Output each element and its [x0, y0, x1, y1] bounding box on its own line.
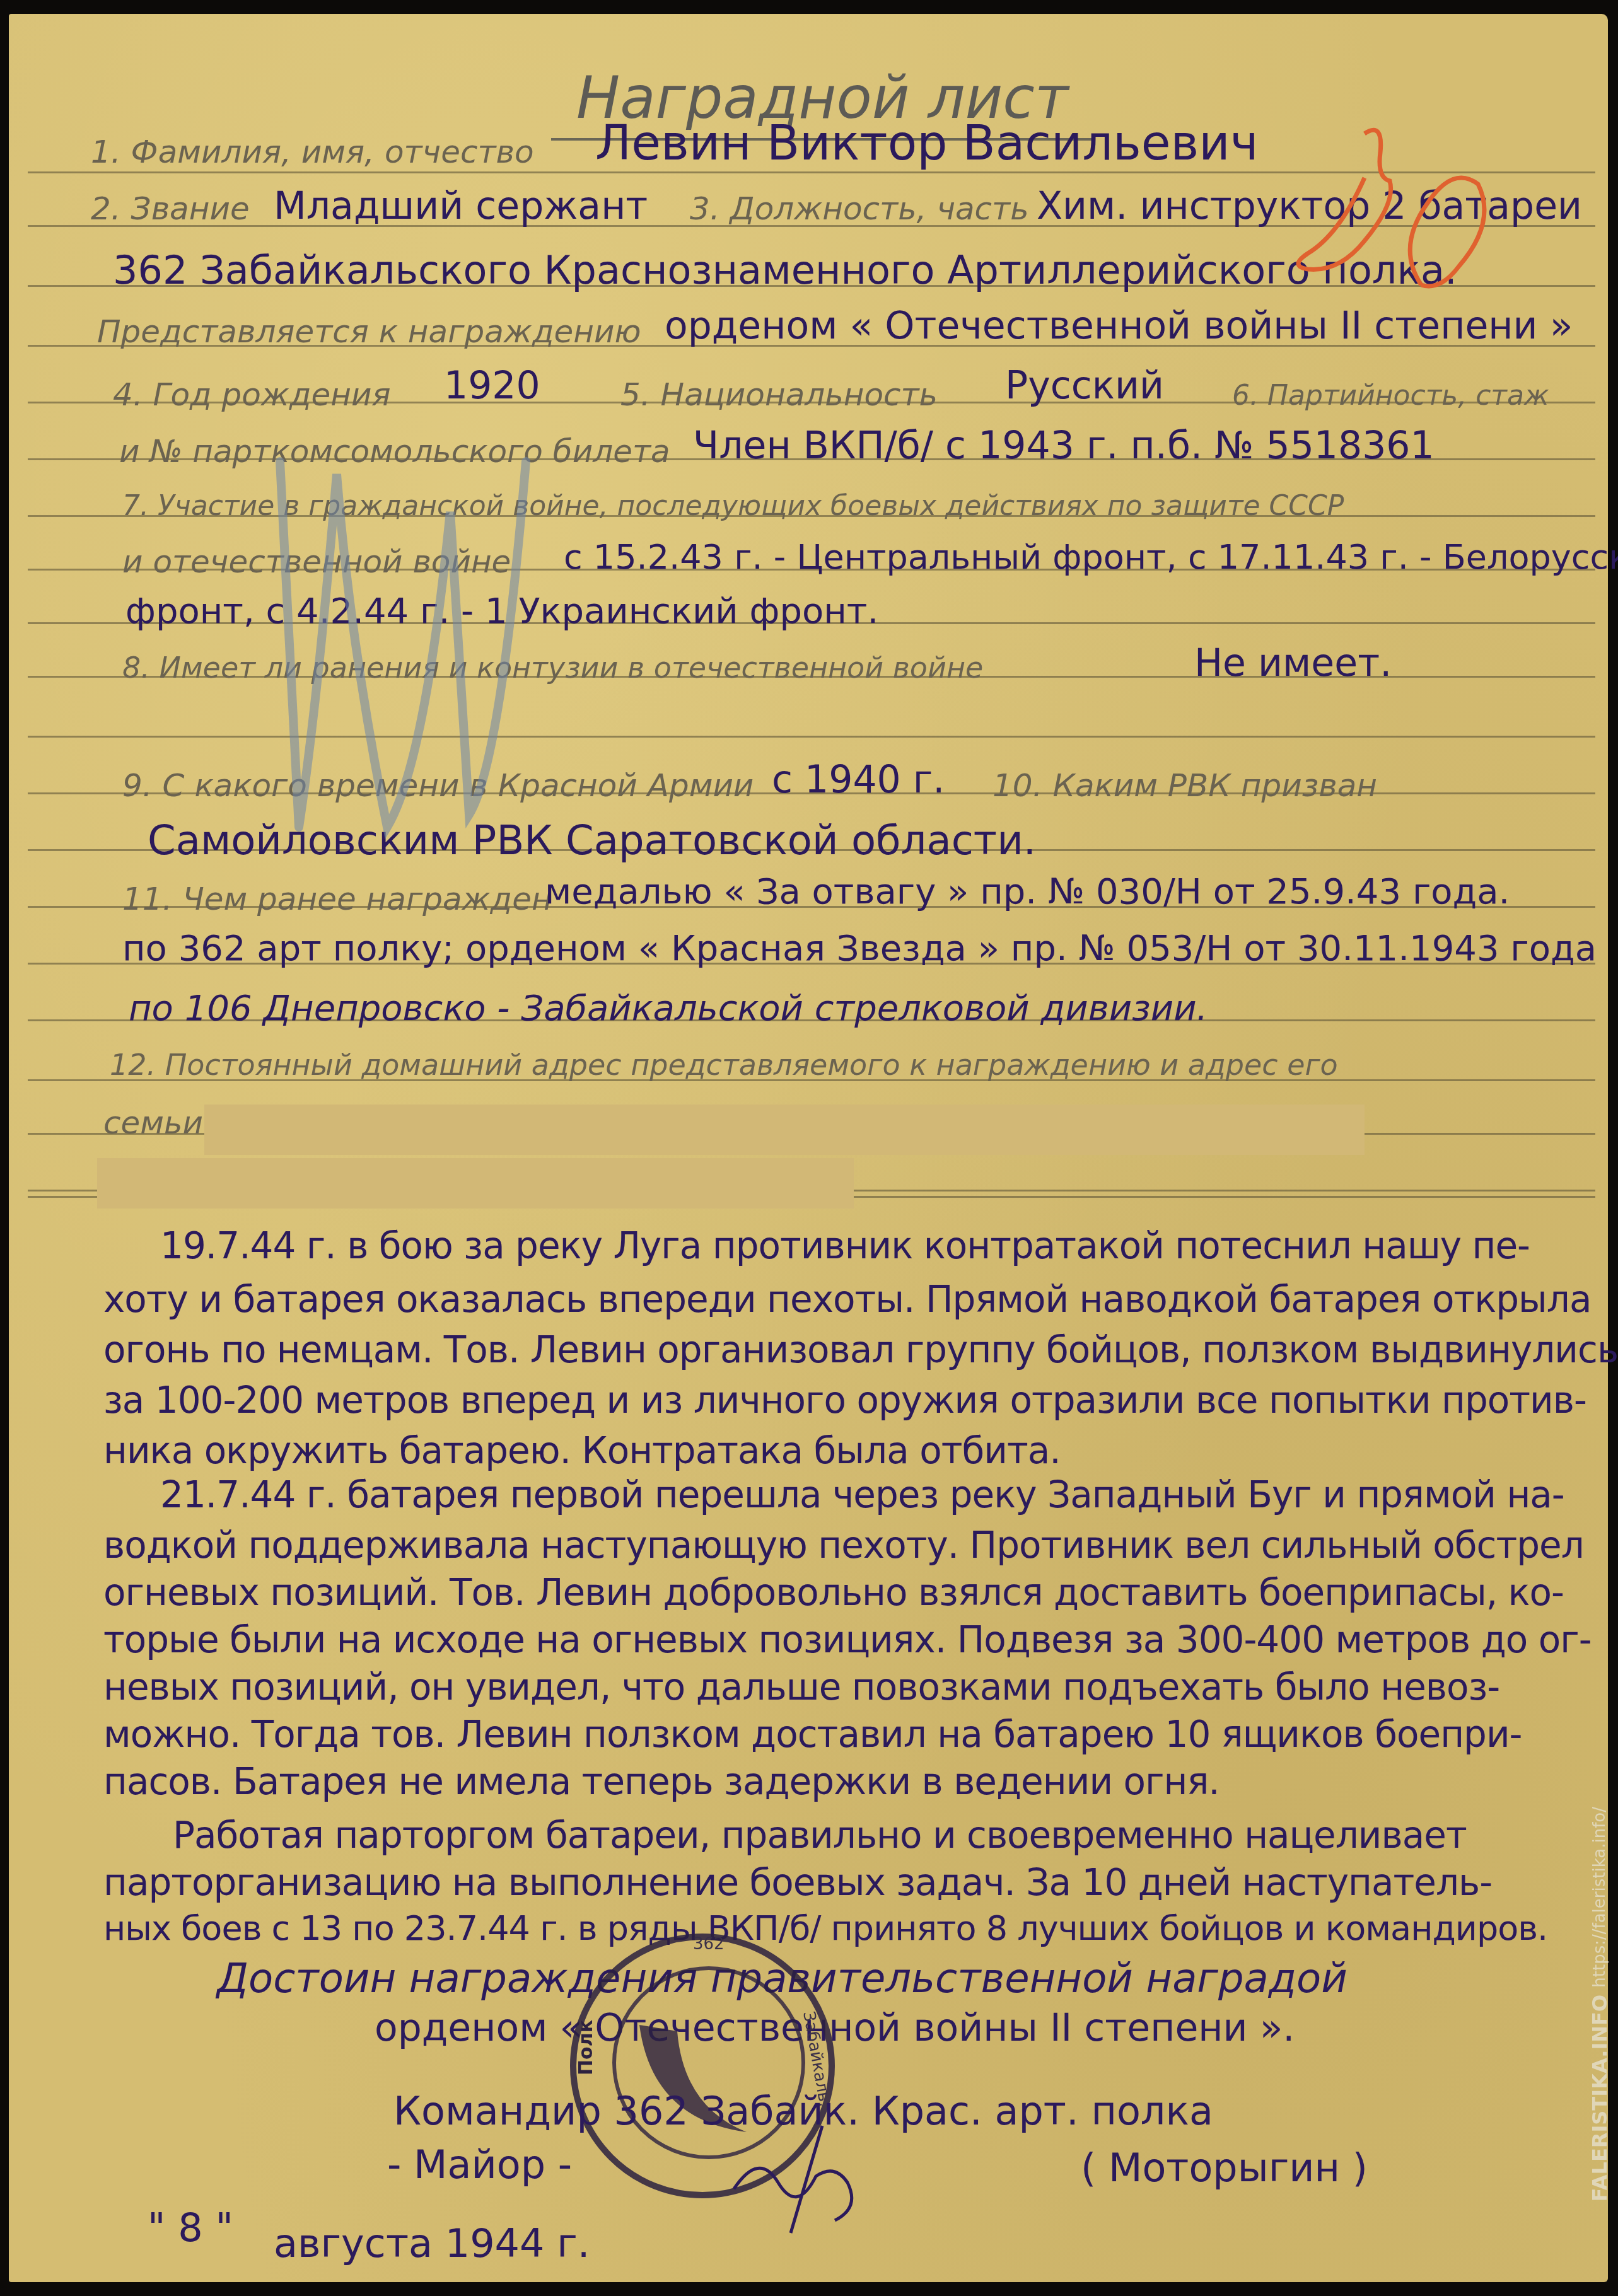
field-rank-label: 2. Звание [91, 190, 250, 227]
field-prior-awards-value-2: по 362 арт полку; орденом « Красная Звез… [122, 928, 1597, 969]
narrative-line: водкой поддерживала наступающую пехоту. … [103, 1524, 1584, 1567]
signature-name: ( Моторыгин ) [1081, 2145, 1368, 2191]
field-party-label: 6. Партийность, стаж [1232, 380, 1549, 412]
blue-pencil-scrawl-icon [261, 449, 614, 852]
field-birth-year-value: 1920 [444, 364, 540, 408]
field-service-value: с 15.2.43 г. - Центральный фронт, с 17.1… [564, 537, 1618, 577]
signature-rank: - Майор - [387, 2142, 572, 2188]
field-party-value: Член ВКП/б/ с 1943 г. п.б. № 5518361 [693, 424, 1435, 468]
field-address-label: 12. Постоянный домашний адрес представля… [110, 1048, 1338, 1082]
date-day: " 8 " [148, 2205, 233, 2251]
narrative-line: ника окружить батарею. Контратака была о… [103, 1429, 1061, 1472]
narrative-line: пасов. Батарея не имела теперь задержки … [103, 1760, 1219, 1803]
narrative-line: Работая парторгом батареи, правильно и с… [173, 1814, 1467, 1857]
field-unit-value: 362 Забайкальского Краснознаменного Арти… [113, 247, 1457, 293]
date-month-year: августа 1944 г. [274, 2220, 590, 2266]
watermark: FALERISTIKA.INFO https://faleristika.inf… [1588, 1807, 1612, 2201]
field-prior-awards-value: медалью « За отвагу » пр. № 030/Н от 25.… [545, 871, 1510, 912]
field-birth-year-label: 4. Год рождения [113, 376, 390, 413]
narrative-line: торые были на исходе на огневых позициях… [103, 1618, 1592, 1661]
watermark-brand: FALERISTIKA.INFO [1588, 1994, 1612, 2201]
narrative-line: парторганизацию на выполнение боевых зад… [103, 1861, 1492, 1904]
field-prior-awards-value-3: по 106 Днепровско - Забайкальской стрелк… [129, 988, 1208, 1029]
field-nationality-value: Русский [1005, 364, 1164, 408]
field-army-since-value: с 1940 г. [772, 758, 945, 802]
presented-label: Представляется к награждению [97, 313, 641, 350]
svg-text:362: 362 [693, 1935, 725, 1954]
narrative-line: невых позиций, он увидел, что дальше пов… [103, 1666, 1499, 1708]
award-sheet-paper: Наградной лист 1. Фамилия, имя, отчество… [9, 14, 1608, 2282]
field-name-label: 1. Фамилия, имя, отчество [91, 134, 534, 170]
redacted-address-block [97, 1158, 854, 1209]
field-rvk-label: 10. Каким РВК призван [992, 767, 1377, 804]
narrative-line: можно. Тогда тов. Левин ползком доставил… [103, 1713, 1522, 1756]
narrative-line: огонь по немцам. Тов. Левин организовал … [103, 1328, 1618, 1371]
redacted-address-block [204, 1105, 1365, 1155]
field-wounds-value: Не имеет. [1194, 641, 1392, 685]
watermark-url: https://faleristika.info/ [1590, 1807, 1609, 1988]
field-prior-awards-label: 11. Чем ранее награжден [122, 881, 552, 917]
field-rank-value: Младший сержант [274, 184, 648, 228]
narrative-line: за 100-200 метров вперед и из личного ор… [103, 1379, 1586, 1422]
narrative-line: огневых позиций. Тов. Левин добровольно … [103, 1571, 1564, 1614]
narrative-line: 19.7.44 г. в бою за реку Луга противник … [160, 1224, 1530, 1267]
presented-value: орденом « Отечественной войны II степени… [665, 304, 1573, 348]
handwritten-signature-icon [721, 2113, 885, 2239]
narrative-line: хоту и батарея оказалась впереди пехоты.… [103, 1278, 1591, 1321]
field-nationality-label: 5. Национальность [620, 376, 938, 413]
field-position-label: 3. Должность, часть [690, 190, 1029, 227]
field-address-label-cont: семьи [103, 1105, 203, 1141]
field-name-value: Левин Виктор Васильевич [595, 115, 1259, 171]
narrative-line: 21.7.44 г. батарея первой перешла через … [160, 1473, 1564, 1516]
svg-text:Полк: Полк [575, 2020, 597, 2075]
red-pencil-number-mark-icon [1270, 121, 1510, 310]
